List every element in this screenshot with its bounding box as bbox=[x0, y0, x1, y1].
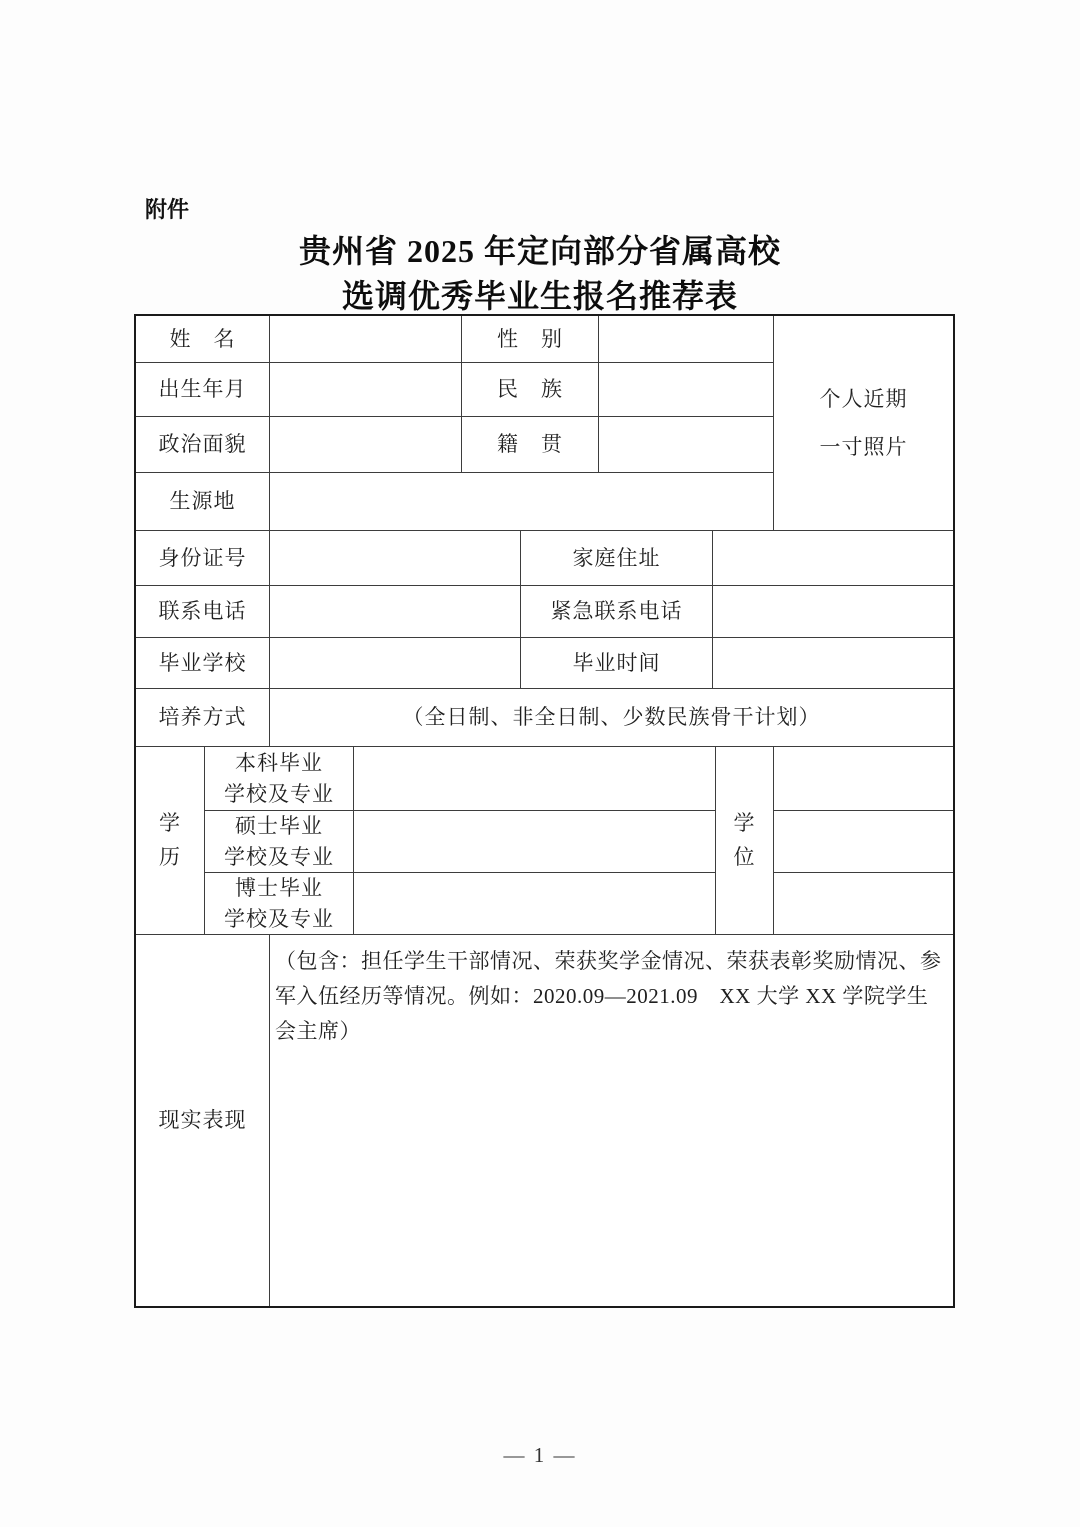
home-address-label: 家庭住址 bbox=[521, 531, 713, 586]
bachelor-school-value-cell bbox=[354, 747, 716, 811]
emergency-phone-value-cell bbox=[713, 586, 953, 638]
section-contact-info: 身份证号 家庭住址 联系电话 紧急联系电话 毕业学校 毕业时间 培养方式 （全日… bbox=[136, 531, 953, 747]
ethnicity-label: 民 族 bbox=[462, 363, 599, 417]
political-status-value-cell bbox=[270, 417, 462, 473]
phone-label: 联系电话 bbox=[136, 586, 270, 638]
page-title-line2: 选调优秀毕业生报名推荐表 bbox=[0, 274, 1080, 319]
performance-hint: （包含：担任学生干部情况、荣获奖学金情况、荣获表彰奖励情况、参军入伍经历等情况。… bbox=[270, 935, 953, 1306]
page-title: 贵州省 2025 年定向部分省属高校 选调优秀毕业生报名推荐表 bbox=[0, 229, 1080, 319]
page-title-line1: 贵州省 2025 年定向部分省属高校 bbox=[0, 229, 1080, 274]
doctor-school-label: 博士毕业 学校及专业 bbox=[205, 873, 354, 935]
name-value-cell bbox=[270, 316, 462, 363]
photo-placeholder: 个人近期 一寸照片 bbox=[774, 316, 953, 531]
origin-label: 生源地 bbox=[136, 473, 270, 531]
section-performance: 现实表现 （包含：担任学生干部情况、荣获奖学金情况、荣获表彰奖励情况、参军入伍经… bbox=[136, 935, 953, 1306]
training-mode-label: 培养方式 bbox=[136, 689, 270, 747]
master-school-value-cell bbox=[354, 811, 716, 873]
master-degree-value-cell bbox=[774, 811, 953, 873]
home-address-value-cell bbox=[713, 531, 953, 586]
grad-time-label: 毕业时间 bbox=[521, 638, 713, 689]
training-mode-hint: （全日制、非全日制、少数民族骨干计划） bbox=[270, 689, 953, 747]
origin-value-cell bbox=[270, 473, 774, 531]
native-place-value-cell bbox=[599, 417, 774, 473]
page-number: — 1 — bbox=[0, 1443, 1080, 1468]
education-section-label: 学 历 bbox=[136, 747, 205, 935]
bachelor-degree-value-cell bbox=[774, 747, 953, 811]
ethnicity-value-cell bbox=[599, 363, 774, 417]
birth-date-label: 出生年月 bbox=[136, 363, 270, 417]
grad-school-value-cell bbox=[270, 638, 521, 689]
doctor-degree-value-cell bbox=[774, 873, 953, 935]
degree-section-label: 学 位 bbox=[716, 747, 774, 935]
political-status-label: 政治面貌 bbox=[136, 417, 270, 473]
master-school-label: 硕士毕业 学校及专业 bbox=[205, 811, 354, 873]
attachment-label: 附件 bbox=[145, 193, 189, 224]
phone-value-cell bbox=[270, 586, 521, 638]
id-number-value-cell bbox=[270, 531, 521, 586]
grad-school-label: 毕业学校 bbox=[136, 638, 270, 689]
bachelor-school-label: 本科毕业 学校及专业 bbox=[205, 747, 354, 811]
doctor-school-value-cell bbox=[354, 873, 716, 935]
performance-label: 现实表现 bbox=[136, 935, 270, 1306]
birth-date-value-cell bbox=[270, 363, 462, 417]
gender-value-cell bbox=[599, 316, 774, 363]
gender-label: 性 别 bbox=[462, 316, 599, 363]
id-number-label: 身份证号 bbox=[136, 531, 270, 586]
native-place-label: 籍 贯 bbox=[462, 417, 599, 473]
name-label: 姓 名 bbox=[136, 316, 270, 363]
emergency-phone-label: 紧急联系电话 bbox=[521, 586, 713, 638]
grad-time-value-cell bbox=[713, 638, 953, 689]
section-education: 学 历 学 位 本科毕业 学校及专业 硕士毕业 学校及专业 博士毕业 学校及专业 bbox=[136, 747, 953, 935]
section-basic-info: 姓 名 性 别 个人近期 一寸照片 出生年月 民 族 政治面貌 籍 贯 生源地 bbox=[136, 316, 953, 531]
recommendation-form-table: 姓 名 性 别 个人近期 一寸照片 出生年月 民 族 政治面貌 籍 贯 生源地 … bbox=[134, 314, 955, 1308]
